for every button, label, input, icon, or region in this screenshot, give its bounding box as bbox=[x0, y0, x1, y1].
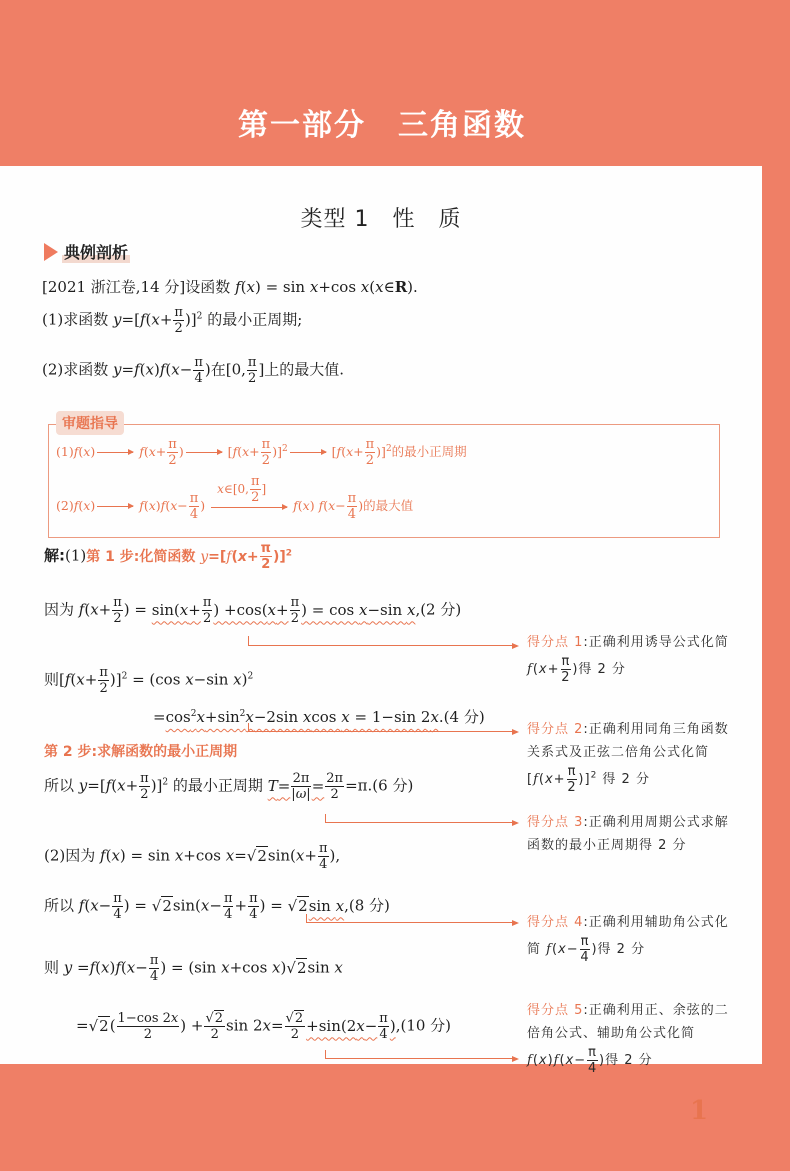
scoring-key: 得分点 3 bbox=[527, 815, 583, 830]
scoring-key: 得分点 1 bbox=[527, 635, 583, 650]
arrow-icon bbox=[97, 452, 133, 453]
solution-step-1: 解:(1)第 1 步:化简函数 y=[f(x+π2)]2 bbox=[44, 542, 292, 571]
scoring-point-2: 得分点 2:正确利用同角三角函数关系式及正弦二倍角公式化简[f(x+π2)]2 … bbox=[527, 719, 732, 794]
part1-prefix: (1)求函数 bbox=[42, 311, 108, 329]
section-heading-label: 典例剖析 bbox=[62, 240, 130, 263]
solution-line-5: (2)因为 f(x) = sin x+cos x=√2sin(x+π4), bbox=[44, 842, 340, 871]
part2-prefix: (2)求函数 bbox=[42, 361, 108, 379]
step-1-label: 第 1 步:化简函数 y=[f(x+π2)]2 bbox=[86, 549, 292, 565]
scoring-key: 得分点 5 bbox=[527, 1003, 583, 1018]
step-2-label: 第 2 步:求解函数的最小正周期 bbox=[44, 741, 237, 761]
scoring-point-1: 得分点 1:正确利用诱导公式化简 f(x+π2)得 2 分 bbox=[527, 632, 732, 684]
problem-source: [2021 浙江卷,14 分] bbox=[42, 278, 185, 296]
guide-line-1: (1)f(x) f(x+π2) [f(x+π2)]2 [f(x+π2)]2的最小… bbox=[56, 438, 467, 467]
connector-arrow-5 bbox=[325, 1050, 517, 1059]
arrow-icon bbox=[97, 506, 133, 507]
type-title: 类型 1 性 质 bbox=[0, 202, 762, 233]
problem-intro: 设函数 bbox=[185, 278, 230, 296]
scoring-key: 得分点 2 bbox=[527, 722, 583, 737]
guide-line-2: (2)f(x) f(x)f(x−π4) x∈[0,π2] f(x) f(x−π4… bbox=[56, 492, 413, 521]
connector-arrow-3 bbox=[325, 814, 517, 823]
problem-part-2: (2)求函数 y=f(x)f(x−π4)在[0,π2]上的最大值. bbox=[42, 356, 344, 385]
guide-tag: 审题指导 bbox=[56, 411, 124, 435]
scoring-point-5: 得分点 5:正确利用正、余弦的二倍角公式、辅助角公式化简 f(x)f(x−π4)… bbox=[527, 1000, 732, 1075]
triangle-bullet-icon bbox=[44, 243, 58, 261]
scoring-key: 得分点 4 bbox=[527, 915, 583, 930]
connector-arrow-2 bbox=[248, 723, 517, 732]
guide-condition: x∈[0,π2] bbox=[217, 475, 266, 504]
arrow-icon bbox=[186, 452, 222, 453]
problem-part-1: (1)求函数 y=[f(x+π2)]2 的最小正周期; bbox=[42, 306, 302, 335]
scoring-point-4: 得分点 4:正确利用辅助角公式化简 f(x−π4)得 2 分 bbox=[527, 912, 732, 964]
solution-line-1: 因为 f(x+π2) = sin(x+π2) +cos(x+π2) = cos … bbox=[44, 596, 461, 625]
page-content: 类型 1 性 质 典例剖析 [2021 浙江卷,14 分]设函数 f(x) = … bbox=[0, 166, 762, 1064]
solution-line-7: 则 y =f(x)f(x−π4) = (sin x+cos x)√2sin x bbox=[44, 954, 343, 983]
problem-definition: f bbox=[235, 278, 241, 296]
solution-line-2: 则[f(x+π2)]2 = (cos x−sin x)2 bbox=[44, 666, 253, 695]
arrow-icon bbox=[211, 507, 287, 508]
section-heading: 典例剖析 bbox=[44, 240, 130, 263]
chapter-title: 第一部分 三角函数 bbox=[0, 100, 764, 144]
solution-line-4: 所以 y=[f(x+π2)]2 的最小正周期 T=2π|ω|=2π2=π.(6 … bbox=[44, 772, 413, 801]
page-number: 1 bbox=[690, 1096, 708, 1126]
scoring-point-3: 得分点 3:正确利用周期公式求解函数的最小正周期得 2 分 bbox=[527, 812, 732, 858]
connector-arrow-1 bbox=[248, 636, 517, 646]
part1-suffix: 的最小正周期; bbox=[207, 311, 302, 329]
connector-arrow-4 bbox=[306, 914, 517, 923]
problem-statement: [2021 浙江卷,14 分]设函数 f(x) = sin x+cos x(x∈… bbox=[42, 276, 418, 297]
solution-line-8: =√2(1−cos 2x2) +√22sin 2x=√22+sin(2x−π4)… bbox=[76, 1012, 451, 1041]
arrow-icon bbox=[290, 452, 326, 453]
